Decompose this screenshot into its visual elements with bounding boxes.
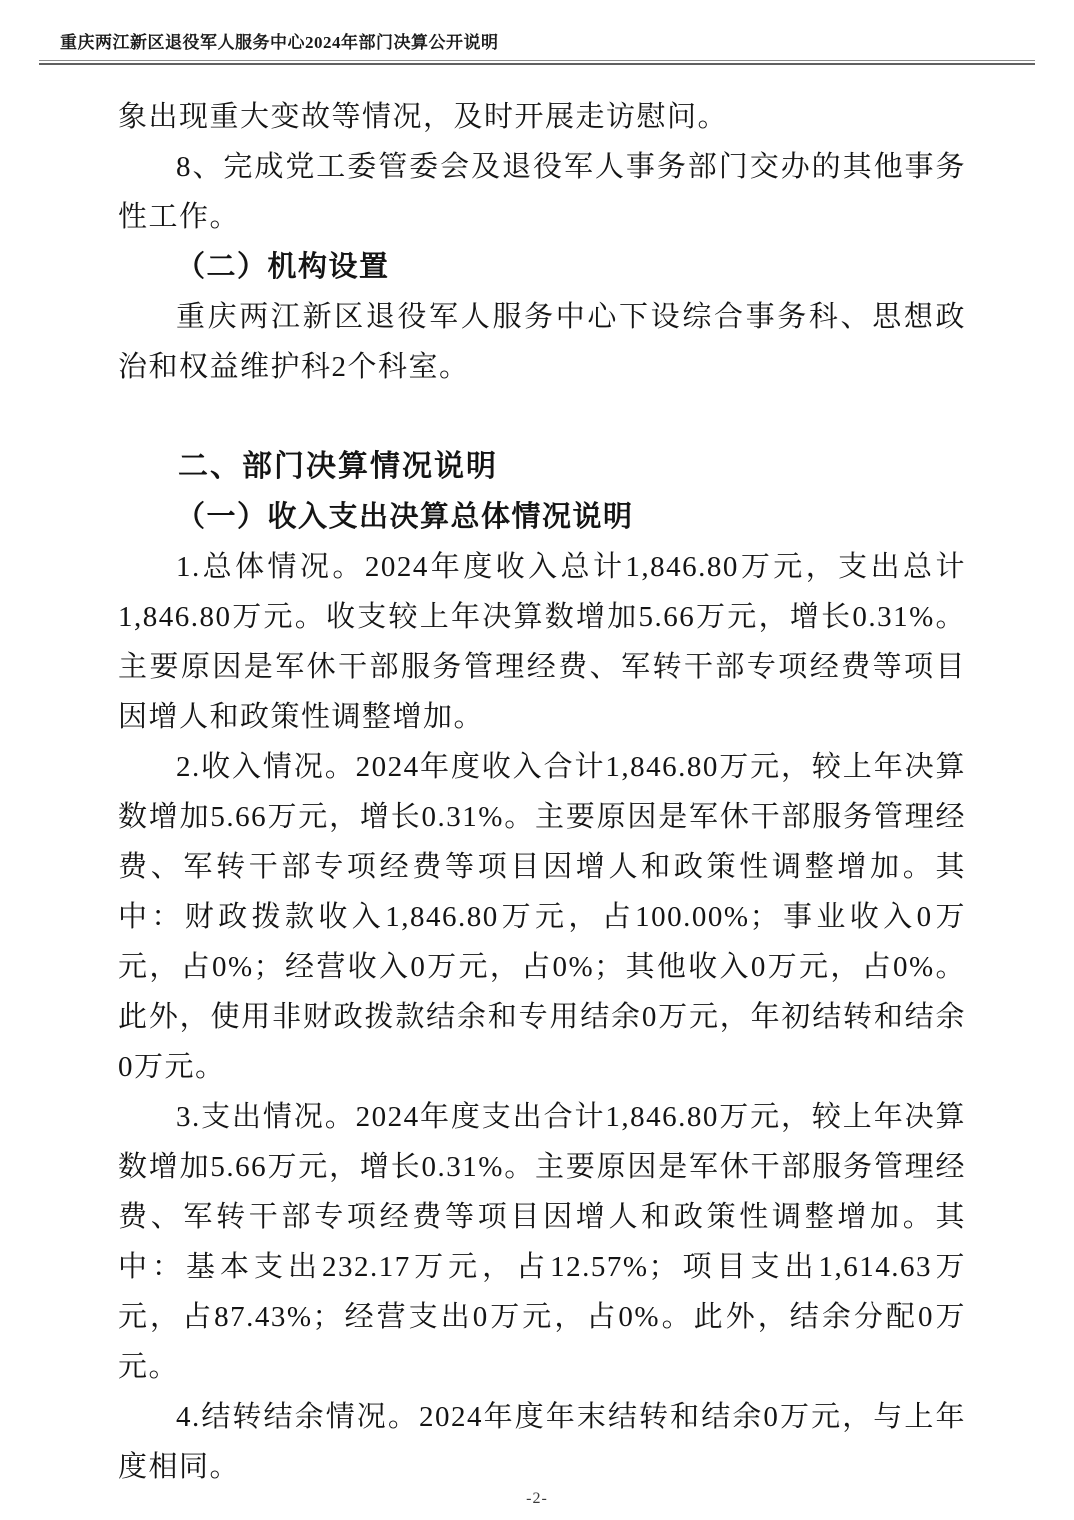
paragraph-organization: 重庆两江新区退役军人服务中心下设综合事务科、思想政治和权益维护科2个科室。 xyxy=(118,292,966,392)
subsection-heading-overall: （一）收入支出决算总体情况说明 xyxy=(118,492,966,542)
page-header: 重庆两江新区退役军人服务中心2024年部门决算公开说明 xyxy=(0,0,1074,65)
paragraph-income-situation: 2.收入情况。2024年度收入合计1,846.80万元，较上年决算数增加5.66… xyxy=(118,742,966,1092)
page-number: -2- xyxy=(526,1490,548,1507)
paragraph-expenditure-situation: 3.支出情况。2024年度支出合计1,846.80万元，较上年决算数增加5.66… xyxy=(118,1092,966,1392)
paragraph-overall-situation: 1.总体情况。2024年度收入总计1,846.80万元，支出总计1,846.80… xyxy=(118,542,966,742)
paragraph-continuation: 象出现重大变故等情况，及时开展走访慰问。 xyxy=(118,92,966,142)
document-body: 象出现重大变故等情况，及时开展走访慰问。 8、完成党工委管委会及退役军人事务部门… xyxy=(118,92,966,1492)
paragraph-carryover-situation: 4.结转结余情况。2024年度年末结转和结余0万元，与上年度相同。 xyxy=(118,1392,966,1492)
paragraph-task-8: 8、完成党工委管委会及退役军人事务部门交办的其他事务性工作。 xyxy=(118,142,966,242)
document-header-title: 重庆两江新区退役军人服务中心2024年部门决算公开说明 xyxy=(60,28,1034,53)
page-footer: -2- xyxy=(0,1490,1074,1508)
header-divider xyxy=(39,60,1035,65)
subsection-heading-organization: （二）机构设置 xyxy=(118,242,966,292)
document-page: 重庆两江新区退役军人服务中心2024年部门决算公开说明 象出现重大变故等情况，及… xyxy=(0,0,1074,1520)
section-heading-final-accounts: 二、部门决算情况说明 xyxy=(118,442,966,492)
